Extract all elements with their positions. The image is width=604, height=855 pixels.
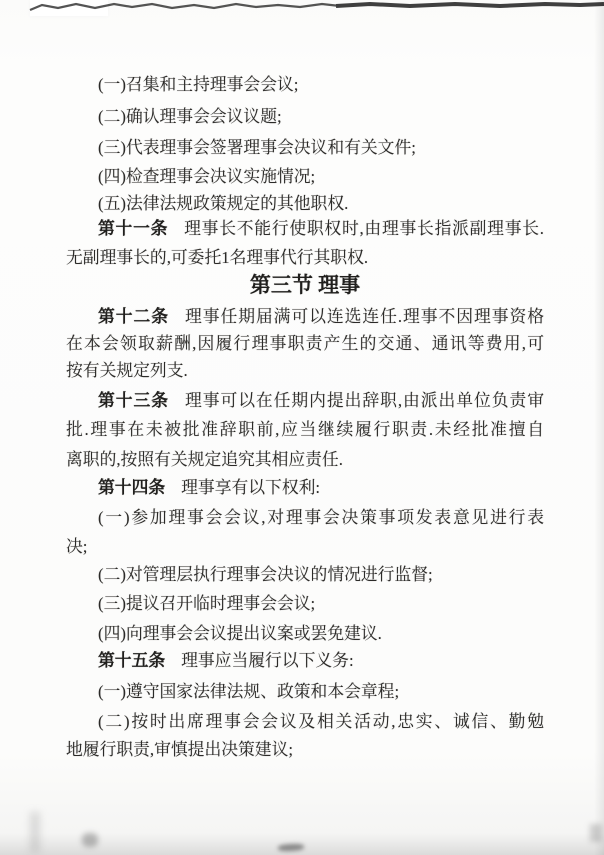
document-line: (五)法律法规政策规定的其他职权. bbox=[66, 190, 544, 217]
scan-artifact-bottom-shade bbox=[0, 833, 604, 855]
line-text: (二)对管理层执行理事会决议的情况进行监督; bbox=[98, 565, 433, 584]
scan-artifact-right-edge-shade bbox=[594, 0, 604, 855]
line-text: 理事任期届满可以连选连任.理事不因理事资格 bbox=[185, 307, 544, 326]
line-text: (三)提议召开临时理事会会议; bbox=[98, 594, 315, 613]
article-number: 第十三条 bbox=[98, 391, 169, 410]
document-line: 第十三条理事可以在任期内提出辞职,由派出单位负责审 bbox=[66, 387, 544, 414]
line-text: (四)向理事会会议提出议案或罢免建议. bbox=[98, 624, 382, 643]
line-text: 按有关规定列支. bbox=[66, 361, 188, 380]
line-text: (一)召集和主持理事会会议; bbox=[98, 75, 298, 94]
document-line: (三)提议召开临时理事会会议; bbox=[66, 590, 544, 617]
line-text: 理事享有以下权利: bbox=[181, 478, 320, 497]
line-text: 理事长不能行使职权时,由理事长指派副理事长. bbox=[184, 219, 544, 238]
document-line: (二)确认理事会会议议题; bbox=[66, 103, 544, 130]
line-text: (三)代表理事会签署理事会决议和有关文件; bbox=[98, 138, 416, 157]
line-text: (二)确认理事会会议议题; bbox=[98, 107, 282, 126]
scan-artifact-topleft-patch bbox=[30, 0, 108, 16]
document-line: (二)按时出席理事会会议及相关活动,忠实、诚信、勤勉 bbox=[66, 708, 544, 735]
document-line: (一)召集和主持理事会会议; bbox=[66, 71, 544, 98]
line-text: (五)法律法规政策规定的其他职权. bbox=[98, 194, 348, 213]
section-heading-text: 第三节 理事 bbox=[250, 273, 360, 297]
document-line: 第十一条理事长不能行使职权时,由理事长指派副理事长. bbox=[66, 215, 544, 242]
line-text: 理事应当履行以下义务: bbox=[181, 651, 353, 670]
document-line: 无副理事长的,可委托1名理事代行其职权. bbox=[66, 244, 544, 271]
document-line: 按有关规定列支. bbox=[66, 357, 544, 384]
document-line: (一)参加理事会会议,对理事会决策事项发表意见进行表 bbox=[66, 504, 544, 531]
line-text: 批.理事在未被批准辞职前,应当继续履行职责.未经批准擅自 bbox=[66, 420, 544, 439]
document-line: (一)遵守国家法律法规、政策和本会章程; bbox=[66, 678, 544, 705]
article-number: 第十二条 bbox=[98, 307, 169, 326]
document-line: 第十五条理事应当履行以下义务: bbox=[66, 647, 544, 674]
line-text: (四)检查理事会决议实施情况; bbox=[98, 167, 315, 186]
document-line: (四)向理事会会议提出议案或罢免建议. bbox=[66, 620, 544, 647]
scanned-document-page: (一)召集和主持理事会会议; (二)确认理事会会议议题; (三)代表理事会签署理… bbox=[0, 0, 604, 855]
document-line: 第十二条理事任期届满可以连选连任.理事不因理事资格 bbox=[66, 303, 544, 330]
line-text: 无副理事长的,可委托1名理事代行其职权. bbox=[66, 248, 368, 267]
document-line: 决; bbox=[66, 533, 544, 560]
document-line: (四)检查理事会决议实施情况; bbox=[66, 163, 544, 190]
document-line: 在本会领取薪酬,因履行理事职责产生的交通、通讯等费用,可 bbox=[66, 330, 544, 357]
section-heading: 第三节 理事 bbox=[66, 270, 544, 300]
line-text: 地履行职责,审慎提出决策建议; bbox=[66, 740, 293, 759]
top-edge-squiggle-right bbox=[336, 4, 604, 6]
article-number: 第十四条 bbox=[98, 478, 165, 497]
line-text: (一)参加理事会会议,对理事会决策事项发表意见进行表 bbox=[98, 508, 544, 527]
line-text: 离职的,按照有关规定追究其相应责任. bbox=[66, 450, 343, 469]
article-number: 第十一条 bbox=[98, 219, 168, 238]
document-line: 离职的,按照有关规定追究其相应责任. bbox=[66, 446, 544, 473]
line-text: 决; bbox=[66, 537, 87, 556]
line-text: (二)按时出席理事会会议及相关活动,忠实、诚信、勤勉 bbox=[98, 712, 544, 731]
document-line: (三)代表理事会签署理事会决议和有关文件; bbox=[66, 134, 544, 161]
article-number: 第十五条 bbox=[98, 651, 165, 670]
document-line: (二)对管理层执行理事会决议的情况进行监督; bbox=[66, 561, 544, 588]
line-text: 在本会领取薪酬,因履行理事职责产生的交通、通讯等费用,可 bbox=[66, 334, 544, 353]
document-line: 地履行职责,审慎提出决策建议; bbox=[66, 736, 544, 763]
line-text: (一)遵守国家法律法规、政策和本会章程; bbox=[98, 682, 399, 701]
document-line: 第十四条理事享有以下权利: bbox=[66, 474, 544, 501]
document-line: 批.理事在未被批准辞职前,应当继续履行职责.未经批准擅自 bbox=[66, 416, 544, 443]
line-text: 理事可以在任期内提出辞职,由派出单位负责审 bbox=[185, 391, 544, 410]
